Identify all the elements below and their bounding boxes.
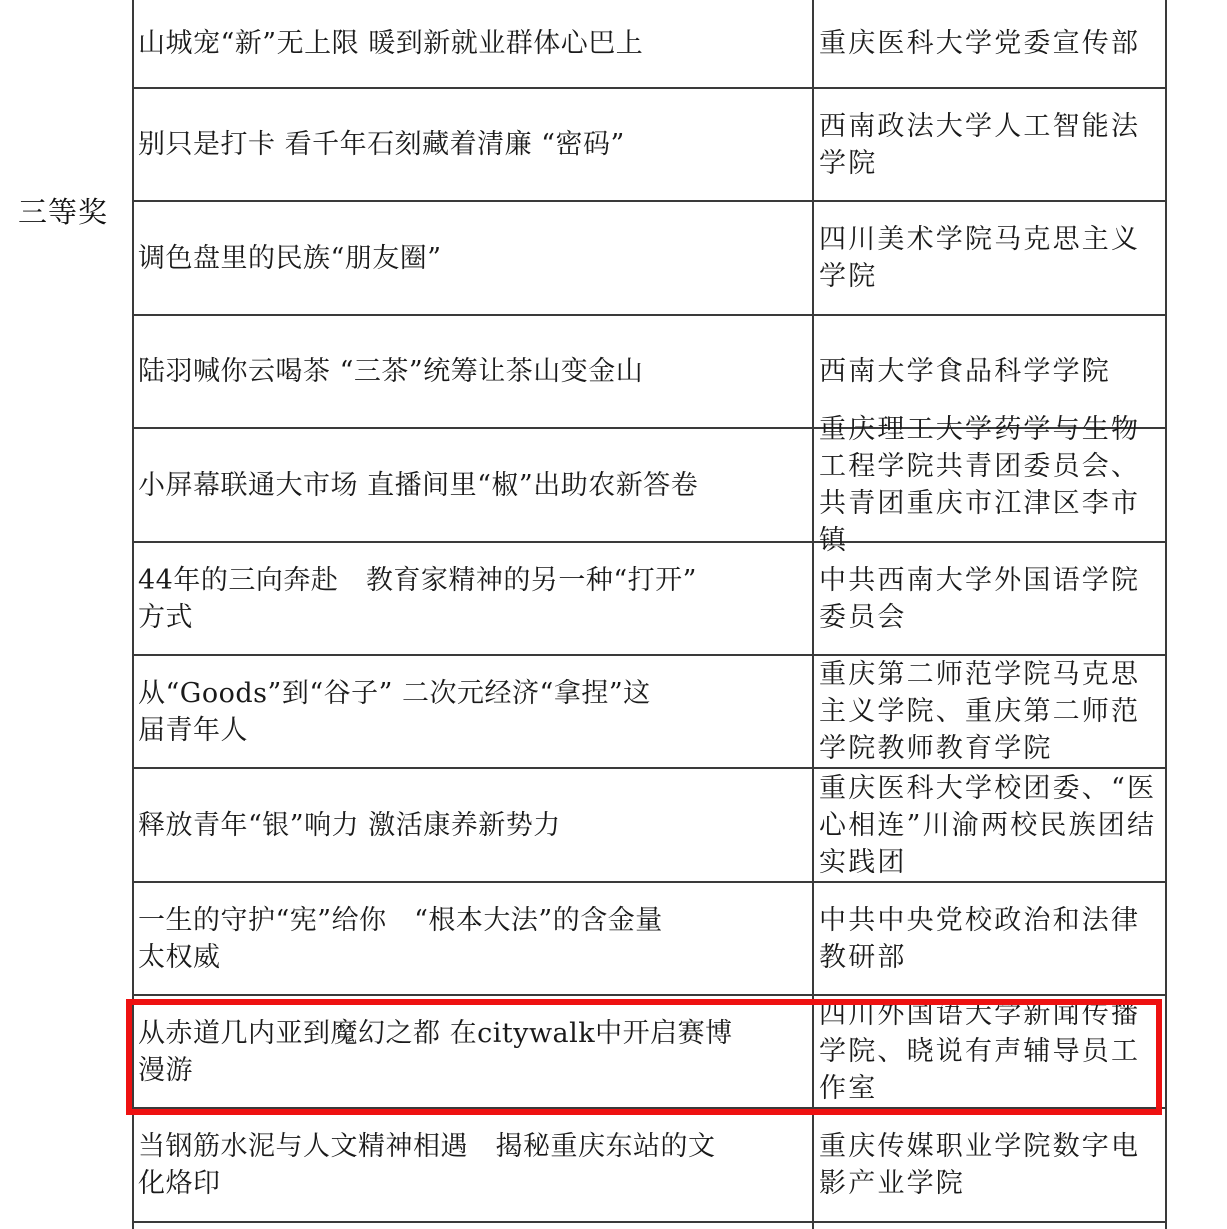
entry-title: 一生的守护“宪”给你 “根本大法”的含金量 太权威 (138, 902, 810, 976)
entry-title: 陆羽喊你云喝茶 “三茶”统筹让茶山变金山 (138, 353, 810, 390)
table-row: 小屏幕联通大市场 直播间里“椒”出助农新答卷 重庆理工大学药学与生物工程学院共青… (133, 429, 1166, 543)
entry-title-cell: 小屏幕联通大市场 直播间里“椒”出助农新答卷 (138, 429, 810, 541)
entry-title: 小屏幕联通大市场 直播间里“椒”出助农新答卷 (138, 467, 810, 504)
entry-org: 四川外国语大学新闻传播学院、晓说有声辅导员工作室 (819, 996, 1164, 1107)
entry-title-cell: 当钢筋水泥与人文精神相遇 揭秘重庆东站的文 化烙印 (138, 1109, 810, 1221)
entry-org-cell: 重庆医科大学党委宣传部 (819, 0, 1164, 87)
entry-title: 山城宠“新”无上限 暖到新就业群体心巴上 (138, 25, 810, 62)
entry-org-cell: 中共西南大学外国语学院委员会 (819, 543, 1164, 654)
entry-title: 从“Goods”到“谷子” 二次元经济“拿捏”这 届青年人 (138, 675, 810, 749)
entry-org: 西南政法大学人工智能法学院 (819, 108, 1164, 182)
entry-title: 别只是打卡 看千年石刻藏着清廉 “密码” (138, 126, 810, 163)
table-row: 释放青年“银”响力 激活康养新势力 重庆医科大学校团委、“医心相连”川渝两校民族… (133, 769, 1166, 883)
entry-title-cell: 从赤道几内亚到魔幻之都 在citywalk中开启赛博 漫游 (138, 996, 810, 1107)
entry-org-cell: 重庆医科大学校团委、“医心相连”川渝两校民族团结实践团 (819, 769, 1164, 881)
entry-title-cell: 别只是打卡 看千年石刻藏着清廉 “密码” (138, 89, 810, 200)
award-category-label: 三等奖 (18, 190, 108, 231)
entry-org-cell: 中共中央党校政治和法律教研部 (819, 883, 1164, 994)
entry-org-cell: 四川外国语大学新闻传播学院、晓说有声辅导员工作室 (819, 996, 1164, 1107)
table-row: 当钢筋水泥与人文精神相遇 揭秘重庆东站的文 化烙印 重庆传媒职业学院数字电影产业… (133, 1109, 1166, 1223)
entry-org-cell: 重庆第二师范学院马克思主义学院、重庆第二师范学院教师教育学院 (819, 656, 1164, 767)
entry-org: 重庆医科大学党委宣传部 (819, 25, 1164, 62)
entry-org: 重庆传媒职业学院数字电影产业学院 (819, 1128, 1164, 1202)
entry-title-cell: 释放青年“银”响力 激活康养新势力 (138, 769, 810, 881)
entry-title-cell: 44年的三向奔赴 教育家精神的另一种“打开” 方式 (138, 543, 810, 654)
entry-org: 西南大学食品科学学院 (819, 353, 1164, 390)
table-row: 44年的三向奔赴 教育家精神的另一种“打开” 方式 中共西南大学外国语学院委员会 (133, 543, 1166, 656)
entry-title: 释放青年“银”响力 激活康养新势力 (138, 807, 810, 844)
entry-title-cell: 陆羽喊你云喝茶 “三茶”统筹让茶山变金山 (138, 316, 810, 427)
entry-title-cell: 山城宠“新”无上限 暖到新就业群体心巴上 (138, 0, 810, 87)
entry-org: 重庆医科大学校团委、“医心相连”川渝两校民族团结实践团 (819, 770, 1164, 881)
entry-title: 从赤道几内亚到魔幻之都 在citywalk中开启赛博 漫游 (138, 1015, 810, 1089)
entry-title: 调色盘里的民族“朋友圈” (138, 240, 810, 277)
entry-org-cell: 重庆理工大学药学与生物工程学院共青团委员会、 共青团重庆市江津区李市镇 (819, 429, 1164, 541)
table-row: 别只是打卡 看千年石刻藏着清廉 “密码” 西南政法大学人工智能法学院 (133, 89, 1166, 202)
table-row: 一生的守护“宪”给你 “根本大法”的含金量 太权威 中共中央党校政治和法律教研部 (133, 883, 1166, 996)
entry-org: 中共西南大学外国语学院委员会 (819, 562, 1164, 636)
entry-title-cell: 从“Goods”到“谷子” 二次元经济“拿捏”这 届青年人 (138, 656, 810, 767)
entry-org: 重庆理工大学药学与生物工程学院共青团委员会、 共青团重庆市江津区李市镇 (819, 411, 1164, 559)
entry-title-cell: 一生的守护“宪”给你 “根本大法”的含金量 太权威 (138, 883, 810, 994)
entry-org-cell: 西南政法大学人工智能法学院 (819, 89, 1164, 200)
entry-title: 当钢筋水泥与人文精神相遇 揭秘重庆东站的文 化烙印 (138, 1128, 810, 1202)
entry-title-cell: 调色盘里的民族“朋友圈” (138, 202, 810, 314)
entry-org: 中共中央党校政治和法律教研部 (819, 902, 1164, 976)
entry-title: 44年的三向奔赴 教育家精神的另一种“打开” 方式 (138, 562, 810, 636)
table-row: 调色盘里的民族“朋友圈” 四川美术学院马克思主义学院 (133, 202, 1166, 316)
table-row: 山城宠“新”无上限 暖到新就业群体心巴上 重庆医科大学党委宣传部 (133, 0, 1166, 89)
entry-org-cell: 四川美术学院马克思主义学院 (819, 202, 1164, 314)
table-row: 从“Goods”到“谷子” 二次元经济“拿捏”这 届青年人 重庆第二师范学院马克… (133, 656, 1166, 769)
entry-org-cell: 重庆传媒职业学院数字电影产业学院 (819, 1109, 1164, 1221)
entry-org: 重庆第二师范学院马克思主义学院、重庆第二师范学院教师教育学院 (819, 656, 1164, 767)
entry-org: 四川美术学院马克思主义学院 (819, 221, 1164, 295)
table-row-highlighted: 从赤道几内亚到魔幻之都 在citywalk中开启赛博 漫游 四川外国语大学新闻传… (133, 996, 1166, 1109)
